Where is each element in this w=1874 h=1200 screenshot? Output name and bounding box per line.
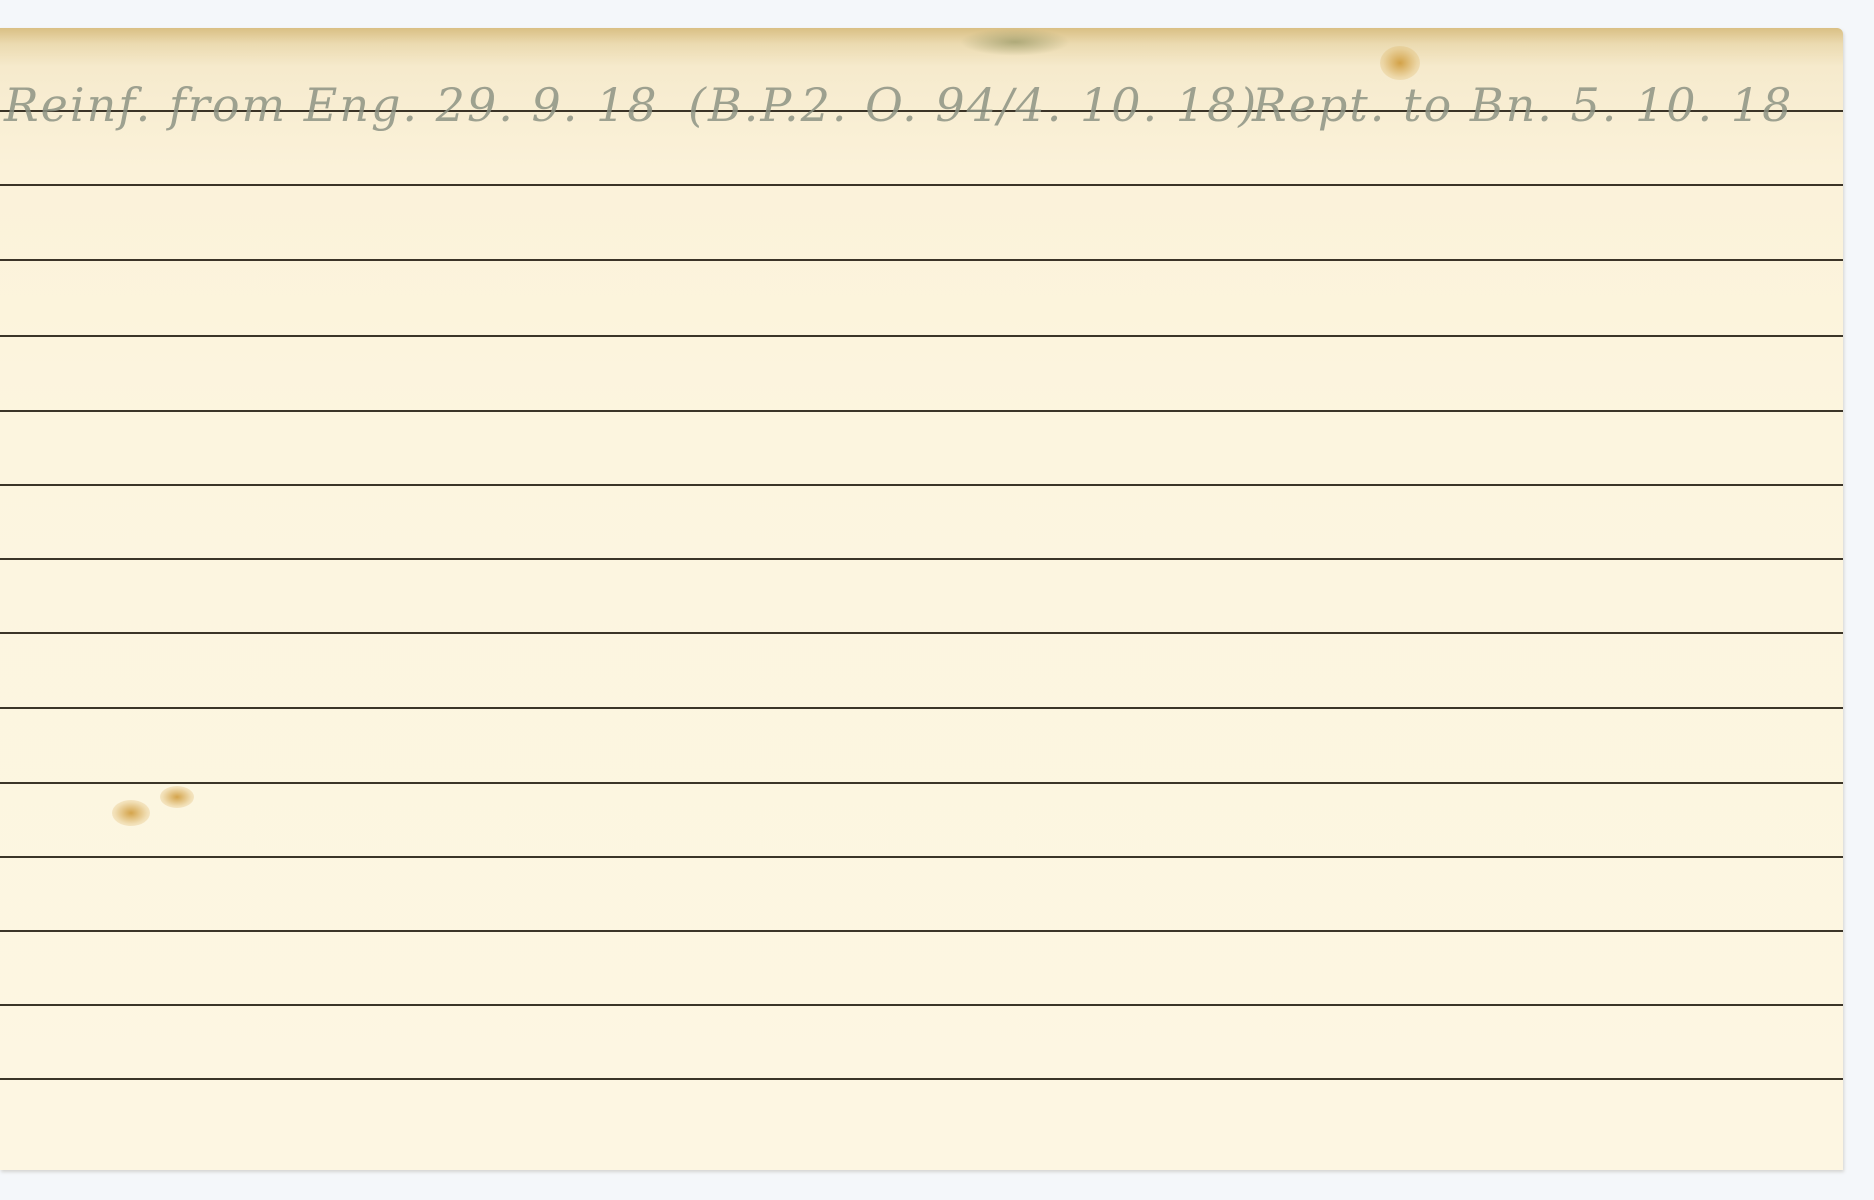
- ruled-line: [0, 632, 1843, 634]
- ruled-line: [0, 484, 1843, 486]
- rust-spot: [1380, 46, 1420, 80]
- age-stain-green: [960, 28, 1070, 56]
- handwritten-report-entry: Rept. to Bn. 5. 10. 18: [1252, 78, 1793, 132]
- record-card: Reinf. from Eng. 29. 9. 18 (B.P.2. O. 94…: [0, 28, 1843, 1170]
- ruled-line: [0, 259, 1843, 261]
- age-stain-top: [0, 28, 1843, 66]
- ruled-line: [0, 335, 1843, 337]
- handwritten-reinforcement-entry: Reinf. from Eng. 29. 9. 18: [4, 78, 659, 132]
- ruled-line: [0, 1078, 1843, 1080]
- ruled-line: [0, 558, 1843, 560]
- ruled-line: [0, 707, 1843, 709]
- handwritten-reference-entry: (B.P.2. O. 94/4. 10. 18): [688, 78, 1258, 132]
- ruled-line: [0, 184, 1843, 186]
- ruled-line: [0, 930, 1843, 932]
- ruled-line: [0, 410, 1843, 412]
- ruled-line: [0, 782, 1843, 784]
- rust-spot: [160, 786, 194, 808]
- rust-spot: [112, 800, 150, 826]
- ruled-line: [0, 856, 1843, 858]
- ruled-line: [0, 1004, 1843, 1006]
